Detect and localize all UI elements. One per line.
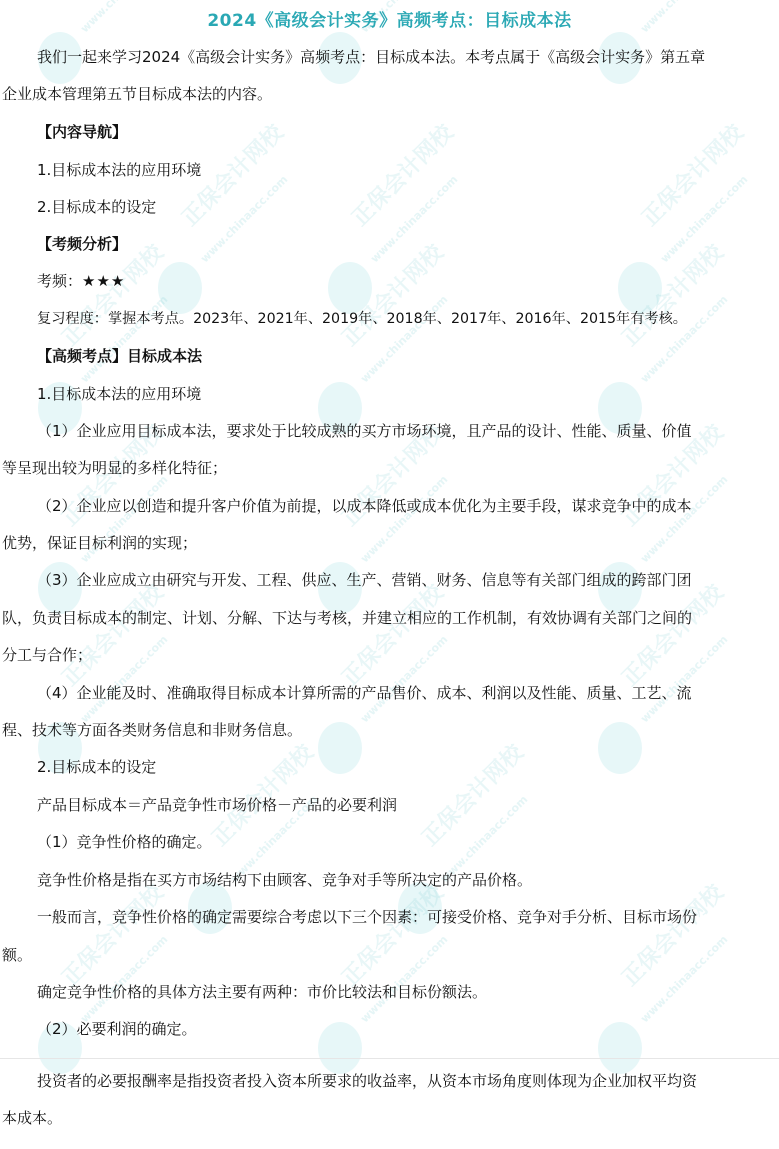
watermark-logo: 正保会计网校www.chinaacc.com xyxy=(600,170,760,330)
point-3-line-2: 队，负责目标成本的制定、计划、分解、下达与考核，并建立相应的工作机制，有效协调有… xyxy=(2,608,692,628)
part1-methods: 确定竞争性价格的具体方法主要有两种：市价比较法和目标份额法。 xyxy=(37,982,487,1002)
point-2-line-2: 优势，保证目标利润的实现； xyxy=(2,533,197,553)
watermark-logo-icon xyxy=(598,722,642,774)
watermark-logo: 正保会计网校www.chinaacc.com xyxy=(580,630,740,790)
watermark-text: 正保会计网校 xyxy=(614,237,729,352)
watermark-url: www.chinaacc.com xyxy=(358,933,450,1025)
point-4-line-1: （4）企业能及时、准确取得目标成本计算所需的产品售价、成本、利润以及性能、质量、… xyxy=(37,683,692,703)
watermark-logo-icon xyxy=(618,262,662,314)
watermark-url: www.chinaacc.com xyxy=(358,473,450,565)
watermark-url: www.chinaacc.com xyxy=(368,173,460,265)
point-3-line-1: （3）企业应成立由研究与开发、工程、供应、生产、营销、财务、信息等有关部门组成的… xyxy=(37,570,692,590)
part1-factors-line-1: 一般而言，竞争性价格的确定需要综合考虑以下三个因素：可接受价格、竞争对手分析、目… xyxy=(37,907,697,927)
watermark-logo-icon xyxy=(598,1022,642,1074)
watermark-url: www.chinaacc.com xyxy=(198,173,290,265)
formula: 产品目标成本＝产品竞争性市场价格－产品的必要利润 xyxy=(37,795,397,815)
watermark-logo-icon xyxy=(318,722,362,774)
part2-definition-line-2: 本成本。 xyxy=(2,1108,62,1128)
watermark-url: www.chinaacc.com xyxy=(358,633,450,725)
watermark-url: www.chinaacc.com xyxy=(638,633,730,725)
watermark-text: 正保会计网校 xyxy=(614,0,729,2)
analysis-heading: 【考频分析】 xyxy=(37,234,127,254)
watermark-text: 正保会计网校 xyxy=(614,577,729,692)
watermark-text: 正保会计网校 xyxy=(334,877,449,992)
point-1-line-2: 等呈现出较为明显的多样化特征； xyxy=(2,458,227,478)
section-heading: 【高频考点】目标成本法 xyxy=(37,346,202,366)
watermark-logo: 正保会计网校www.chinaacc.com xyxy=(140,170,300,330)
part1-title: （1）竞争性价格的确定。 xyxy=(37,832,212,852)
nav-heading: 【内容导航】 xyxy=(37,122,127,142)
nav-item-2: 2.目标成本的设定 xyxy=(37,197,156,217)
frequency-row: 考频：★★★ xyxy=(37,271,125,291)
watermark-text: 正保会计网校 xyxy=(334,237,449,352)
watermark-logo: 正保会计网校www.chinaacc.com xyxy=(300,930,460,1090)
point-4-line-2: 程、技术等方面各类财务信息和非财务信息。 xyxy=(2,720,302,740)
sub2-title: 2.目标成本的设定 xyxy=(37,757,156,777)
part1-factors-line-2: 额。 xyxy=(2,945,32,965)
point-3-line-3: 分工与合作； xyxy=(2,645,92,665)
sub1-title: 1.目标成本法的应用环境 xyxy=(37,384,201,404)
watermark-logo: 正保会计网校www.chinaacc.com xyxy=(310,170,470,330)
nav-item-1: 1.目标成本法的应用环境 xyxy=(37,160,201,180)
intro-line-1: 我们一起来学习2024《高级会计实务》高频考点：目标成本法。本考点属于《高级会计… xyxy=(37,47,705,67)
watermark-text: 正保会计网校 xyxy=(334,577,449,692)
watermark-logo: 正保会计网校www.chinaacc.com xyxy=(300,470,460,630)
intro-line-2: 企业成本管理第五节目标成本法的内容。 xyxy=(2,84,272,104)
divider xyxy=(0,1058,779,1059)
frequency-label: 考频： xyxy=(37,272,82,290)
watermark-url: www.chinaacc.com xyxy=(638,473,730,565)
watermark-text: 正保会计网校 xyxy=(414,737,529,852)
watermark-text: 正保会计网校 xyxy=(54,877,169,992)
watermark-text: 正保会计网校 xyxy=(344,117,459,232)
watermark-text: 正保会计网校 xyxy=(334,0,449,2)
watermark-logo-icon xyxy=(318,1022,362,1074)
watermark-url: www.chinaacc.com xyxy=(638,293,730,385)
watermark-url: www.chinaacc.com xyxy=(78,933,170,1025)
point-1-line-1: （1）企业应用目标成本法，要求处于比较成熟的买方市场环境，且产品的设计、性能、质… xyxy=(37,421,692,441)
part2-definition-line-1: 投资者的必要报酬率是指投资者投入资本所要求的收益率，从资本市场角度则体现为企业加… xyxy=(37,1071,697,1091)
watermark-logo: 正保会计网校www.chinaacc.com xyxy=(20,930,180,1090)
point-2-line-1: （2）企业应以创造和提升客户价值为前提，以成本降低或成本优化为主要手段，谋求竞争… xyxy=(37,496,692,516)
part2-title: （2）必要利润的确定。 xyxy=(37,1019,197,1039)
page-title: 2024《高级会计实务》高频考点：目标成本法 xyxy=(0,6,779,31)
watermark-url: www.chinaacc.com xyxy=(358,293,450,385)
watermark-text: 正保会计网校 xyxy=(54,577,169,692)
star-rating-icon: ★★★ xyxy=(82,272,125,290)
watermark-url: www.chinaacc.com xyxy=(638,933,730,1025)
watermark-logo-icon xyxy=(158,262,202,314)
part1-definition: 竞争性价格是指在买方市场结构下由顾客、竞争对手等所决定的产品价格。 xyxy=(37,870,532,890)
watermark-logo: 正保会计网校www.chinaacc.com xyxy=(300,630,460,790)
watermark-url: www.chinaacc.com xyxy=(658,173,750,265)
watermark-logo: 正保会计网校www.chinaacc.com xyxy=(580,930,740,1090)
review-level: 复习程度：掌握本考点。2023年、2021年、2019年、2018年、2017年… xyxy=(37,309,687,329)
watermark-text: 正保会计网校 xyxy=(634,117,749,232)
watermark-text: 正保会计网校 xyxy=(614,877,729,992)
watermark-text: 正保会计网校 xyxy=(54,0,169,2)
watermark-logo: 正保会计网校www.chinaacc.com xyxy=(580,470,740,630)
watermark-logo-icon xyxy=(328,262,372,314)
watermark-url: www.chinaacc.com xyxy=(78,293,170,385)
